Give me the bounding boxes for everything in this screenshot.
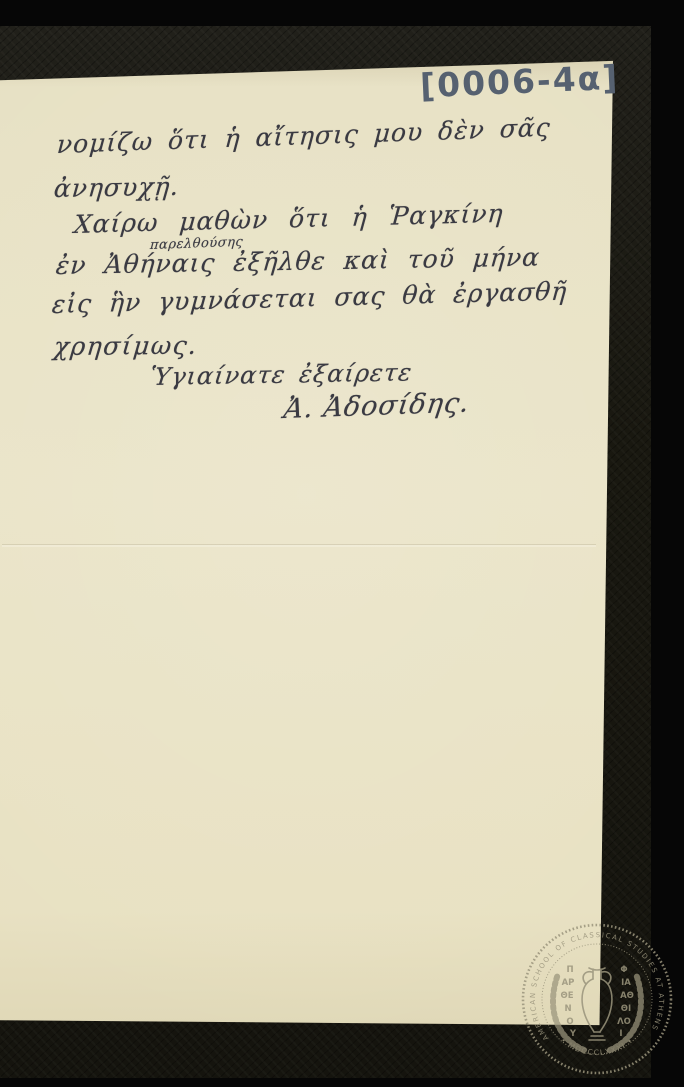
seal-letter: ΙΑ	[621, 978, 631, 988]
seal-letter: ΘΕ	[560, 991, 573, 1001]
handwritten-line-6: χρησίμως.	[53, 331, 200, 361]
seal-letter: Φ	[620, 965, 627, 975]
seal-letter: ΑΘ	[620, 991, 634, 1001]
handwritten-closing: Ὑγιαίνατε ἐξαίρετε	[148, 358, 414, 391]
seal-letter: Ν	[564, 1004, 571, 1014]
seal-inner-ring	[542, 944, 652, 1054]
seal-letter: ΛΟ	[617, 1017, 631, 1027]
seal-left-letter-column: Π ΑΡ ΘΕ Ν Ο Υ	[560, 965, 576, 1039]
amphora-icon	[582, 968, 612, 1040]
fold-crease	[2, 544, 596, 547]
seal-letter: Π	[566, 965, 573, 975]
seal-letter: Ο	[566, 1017, 573, 1027]
scanned-letter-photo: [0006-4α] νομίζω ὅτι ἡ αἴτησις μου δὲν σ…	[0, 0, 684, 1087]
seal-letter: ΑΡ	[562, 978, 575, 988]
seal-letter: Ι	[619, 1029, 622, 1039]
seal-ring-text: AMERICAN SCHOOL OF CLASSICAL STUDIES AT …	[529, 931, 665, 1042]
seal-letter: ΘΙ	[621, 1004, 631, 1014]
embossed-seal: AMERICAN SCHOOL OF CLASSICAL STUDIES AT …	[518, 920, 676, 1078]
seal-letter: Υ	[569, 1029, 577, 1039]
handwritten-line-2: ἀνησυχῇ.	[53, 172, 181, 203]
handwritten-signature: Ἀ. Ἀδοσίδης.	[282, 387, 472, 425]
